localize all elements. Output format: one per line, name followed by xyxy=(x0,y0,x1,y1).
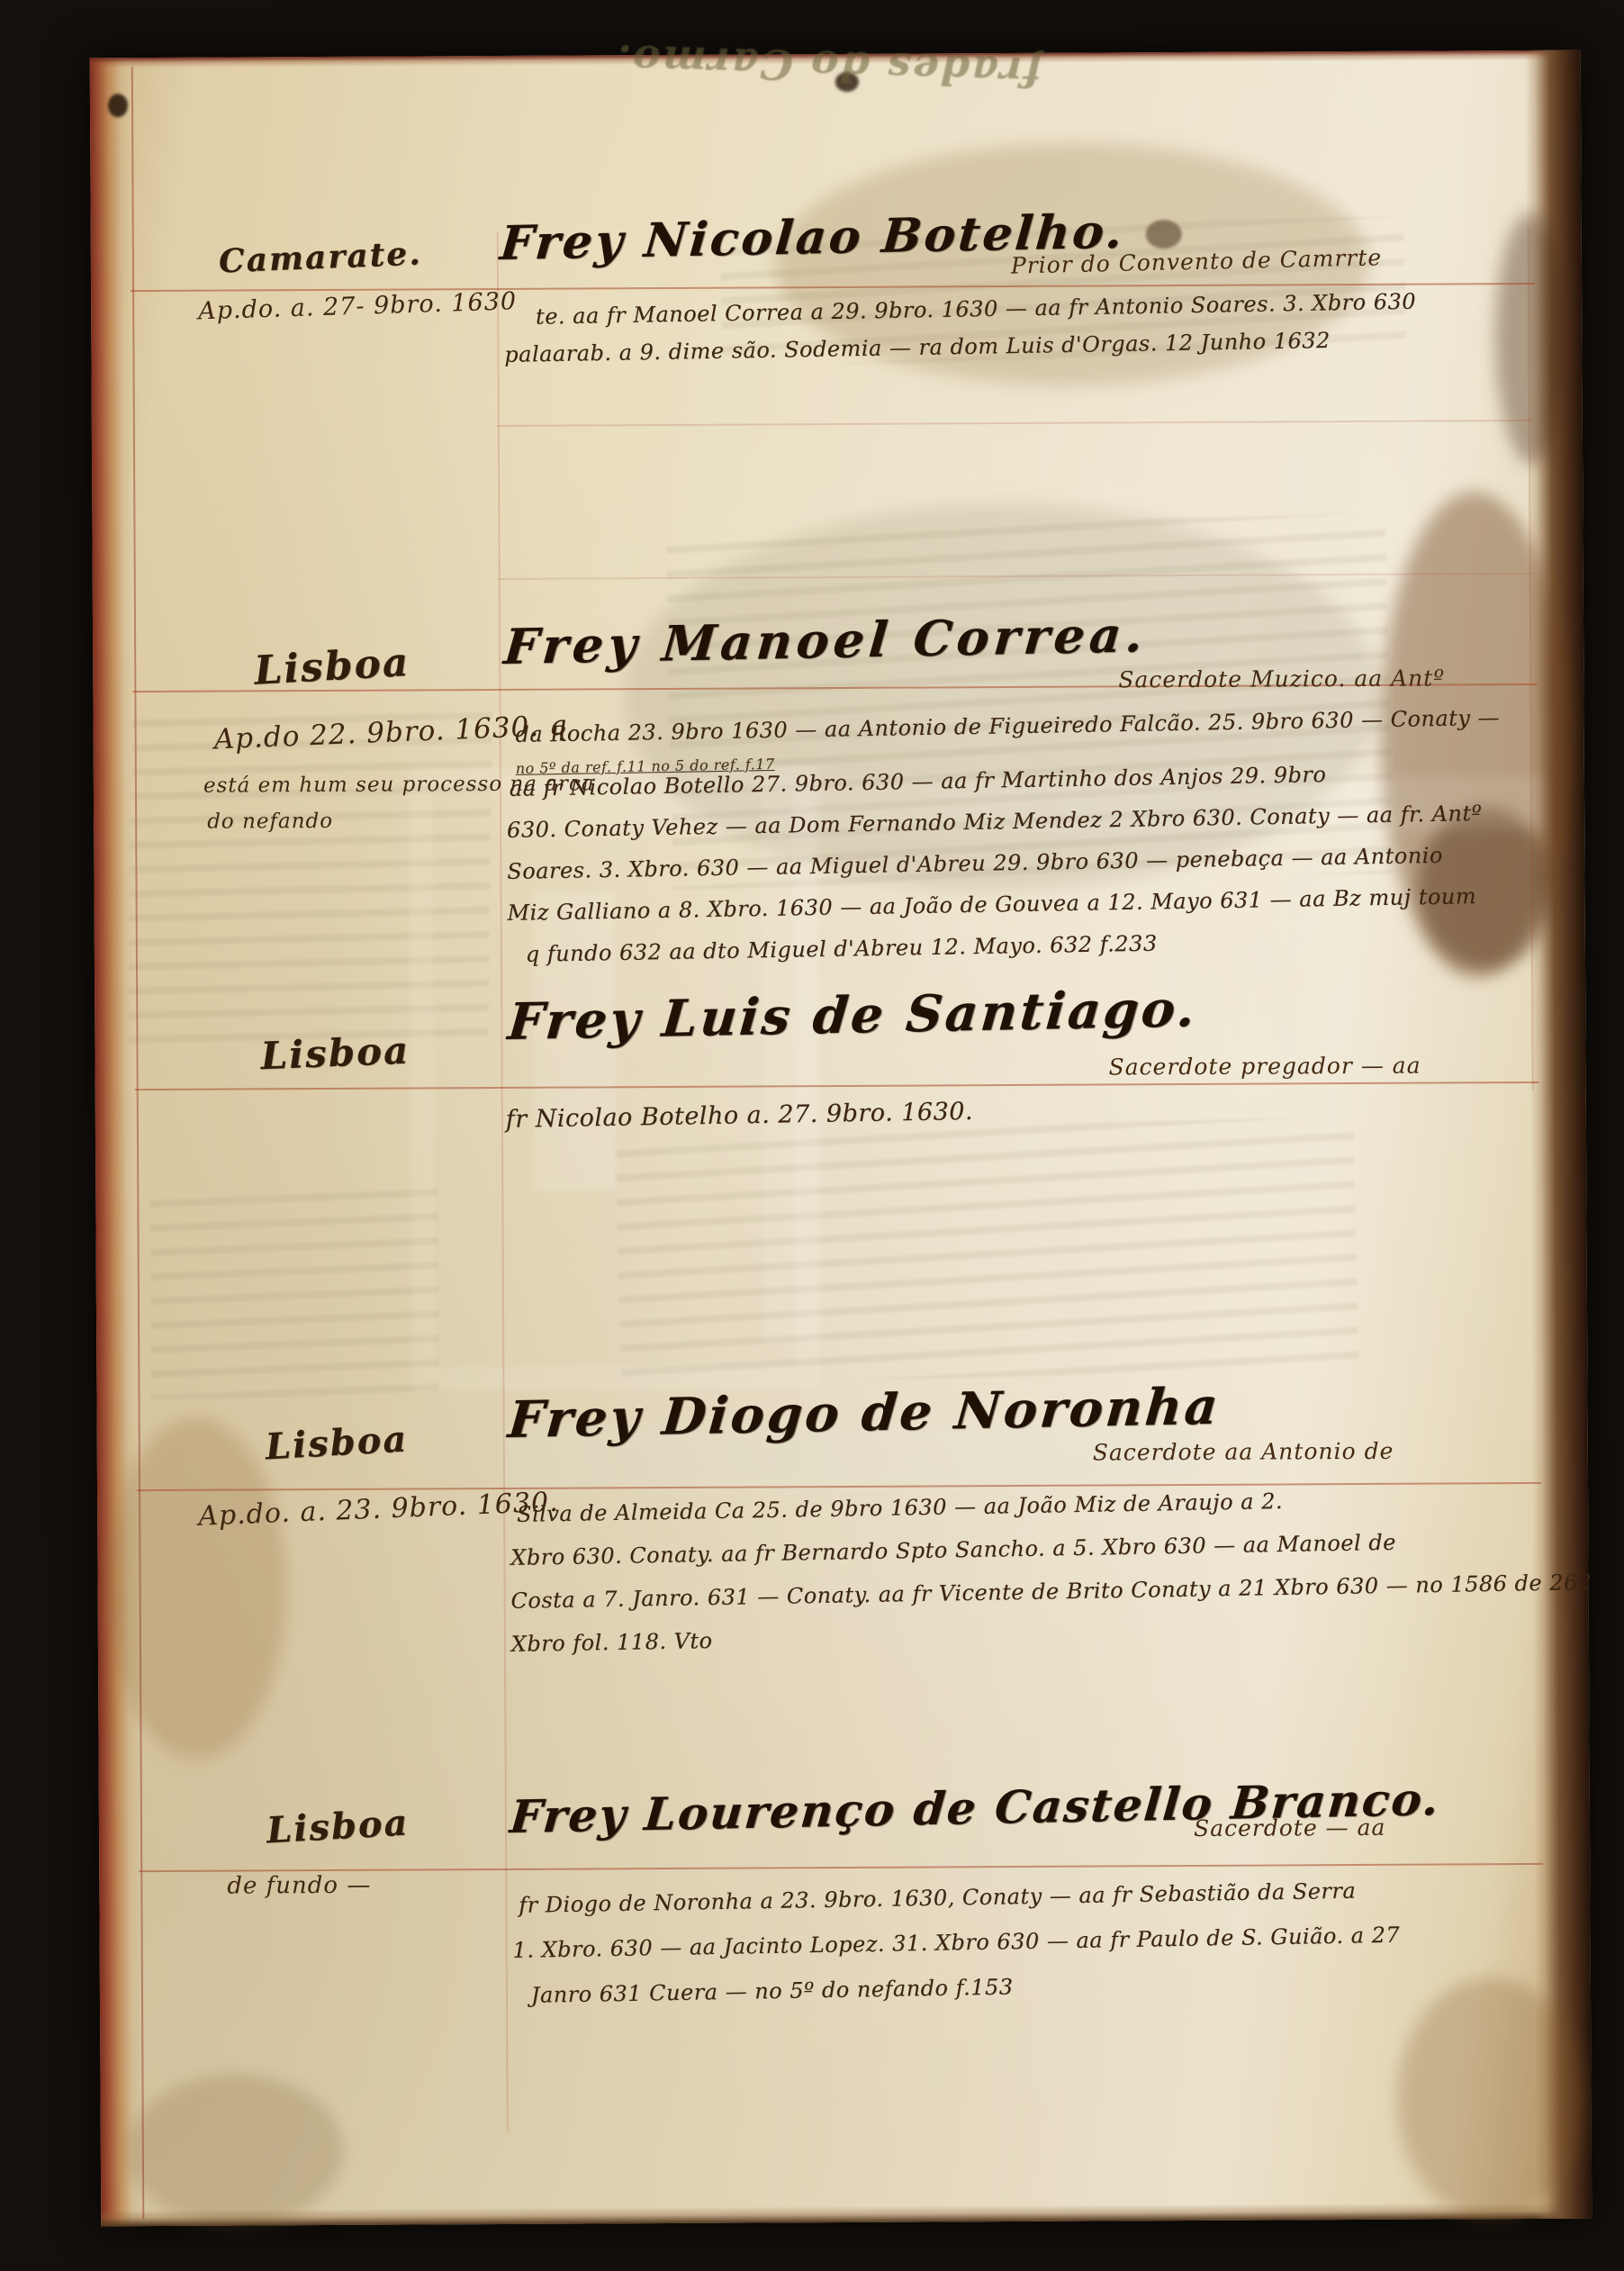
bleedthrough-text-area xyxy=(128,703,492,1050)
ruled-line xyxy=(498,573,1533,580)
entry-name: Frey Luis de Santiago. xyxy=(505,979,1199,1052)
side-note: Sacerdote — aa xyxy=(1194,1814,1386,1841)
manuscript-page: frades do Carmo. Camarate. Ap.do. a. 27-… xyxy=(90,50,1592,2227)
side-note: Sacerdote aa Antonio de xyxy=(1093,1438,1394,1466)
place-note: de fundo — xyxy=(227,1872,371,1900)
stain xyxy=(127,2074,344,2228)
left-red-fore-edge xyxy=(90,58,141,2226)
ruled-line xyxy=(1528,226,1534,1090)
side-note: Sacerdote Muzico. aa Antº xyxy=(1118,665,1445,692)
body-line: Xbro fol. 118. Vto xyxy=(511,1628,713,1657)
manuscript-scan: frades do Carmo. Camarate. Ap.do. a. 27-… xyxy=(0,0,1624,2271)
place-label: Lisboa xyxy=(260,1028,411,1079)
ruled-line xyxy=(497,231,509,2131)
body-line: fr Nicolao Botelho a. 27. 9bro. 1630. xyxy=(505,1098,973,1134)
ruled-line xyxy=(137,1482,1541,1491)
ruled-line xyxy=(497,420,1532,427)
bottom-page-edge xyxy=(101,2203,1592,2227)
bleedthrough-text-area xyxy=(616,1117,1359,1386)
body-line: te. aa fr Manoel Correa a 29. 9bro. 1630… xyxy=(536,289,1416,330)
body-line: Silva de Almeida Ca 25. de 9bro 1630 — a… xyxy=(517,1488,1283,1527)
body-line: 630. Conaty Vehez — aa Dom Fernando Miz … xyxy=(507,801,1483,843)
stain xyxy=(1396,1977,1586,2221)
place-label: Lisboa xyxy=(266,1801,411,1851)
bleedthrough-text-area xyxy=(149,1181,438,1399)
stain xyxy=(106,1416,288,1760)
body-line: Xbro 630. Conaty. aa fr Bernardo Spto Sa… xyxy=(510,1530,1396,1570)
entry-name: Frey Manoel Correa. xyxy=(501,605,1150,675)
watermark-bar xyxy=(762,765,824,1342)
body-line: fr Diogo de Noronha a 23. 9bro. 1630, Co… xyxy=(519,1878,1356,1918)
place-note: Ap.do. a. 23. 9bro. 1630. xyxy=(198,1487,560,1533)
body-line: q fundo 632 aa dto Miguel d'Abreu 12. Ma… xyxy=(526,931,1158,967)
body-line: palaarab. a 9. dime são. Sodemia — ra do… xyxy=(504,328,1331,367)
bleedthrough-header: frades do Carmo. xyxy=(615,35,1042,96)
ink-spot xyxy=(108,94,128,117)
ruled-line xyxy=(139,1863,1543,1872)
place-label: Camarate. xyxy=(218,235,422,281)
body-line: Miz Galliano a 8. Xbro. 1630 — aa João d… xyxy=(507,883,1476,926)
body-line: 1. Xbro. 630 — aa Jacinto Lopez. 31. Xbr… xyxy=(512,1923,1400,1963)
body-line: Soares. 3. Xbro. 630 — aa Miguel d'Abreu… xyxy=(507,843,1443,884)
place-note: Ap.do. a. 27- 9bro. 1630 xyxy=(198,287,518,325)
ruled-line xyxy=(135,1081,1539,1090)
body-line: Costa a 7. Janro. 631 — Conaty. aa fr Vi… xyxy=(510,1570,1592,1614)
body-line: Janro 631 Cuera — no 5º do nefando f.153 xyxy=(531,1974,1014,2007)
side-note: Sacerdote pregador — aa xyxy=(1109,1053,1421,1081)
stain xyxy=(1495,213,1568,465)
body-line: da Rocha 23. 9bro 1630 — aa Antonio de F… xyxy=(515,705,1500,747)
ink-spot xyxy=(1146,220,1182,249)
place-label: Lisboa xyxy=(265,1417,410,1468)
place-label: Lisboa xyxy=(253,639,411,694)
next-page-edge xyxy=(1525,50,1592,2219)
place-note: do nefando xyxy=(207,810,333,834)
ruled-line xyxy=(131,67,145,2219)
